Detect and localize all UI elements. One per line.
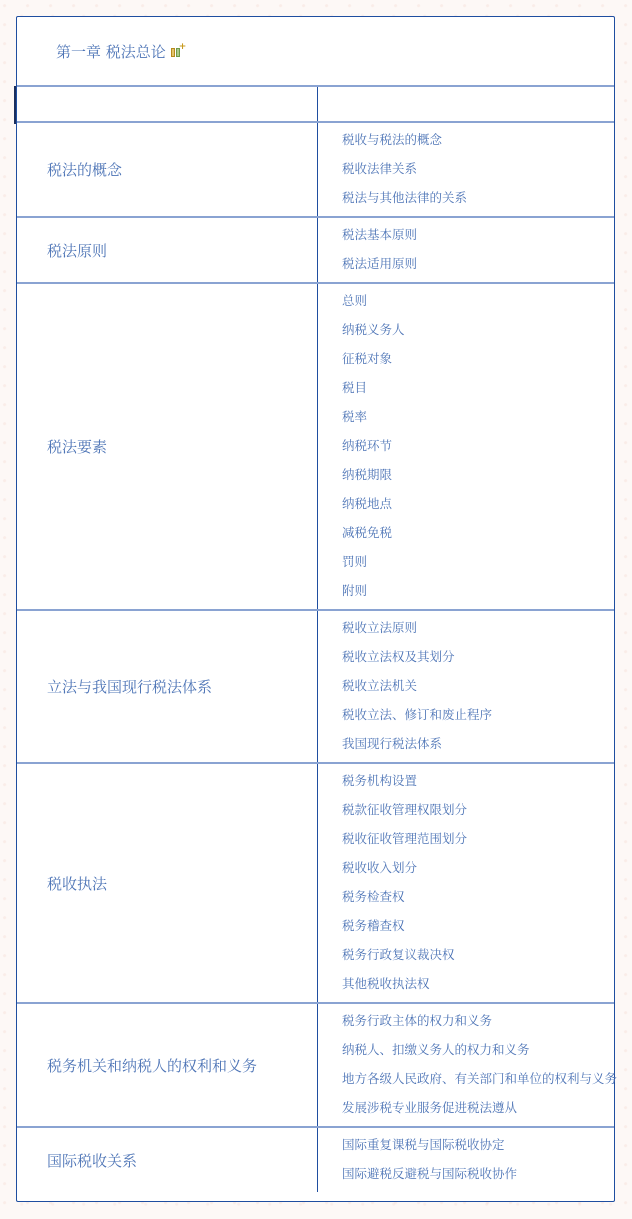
topic-link[interactable]: 税收立法权及其划分: [342, 642, 614, 671]
section-title[interactable]: 国际税收关系: [17, 1127, 318, 1192]
topic-link[interactable]: 税务检查权: [342, 882, 614, 911]
header-cell-section: [17, 86, 318, 122]
topic-link[interactable]: 税务稽查权: [342, 911, 614, 940]
topic-link[interactable]: 税率: [342, 402, 614, 431]
section-title[interactable]: 税法要素: [17, 283, 318, 610]
chapter-header: 第一章 税法总论 +: [17, 17, 614, 85]
topic-link[interactable]: 税法适用原则: [342, 249, 614, 278]
table-row: 税法原则税法基本原则税法适用原则: [17, 217, 614, 283]
topic-link[interactable]: 税收征收管理范围划分: [342, 824, 614, 853]
table-row: 立法与我国现行税法体系税收立法原则税收立法权及其划分税收立法机关税收立法、修订和…: [17, 610, 614, 763]
topic-link[interactable]: 税款征收管理权限划分: [342, 795, 614, 824]
topic-link[interactable]: 税务行政复议裁决权: [342, 940, 614, 969]
topic-link[interactable]: 税收与税法的概念: [342, 125, 614, 154]
topic-link[interactable]: 税务机构设置: [342, 766, 614, 795]
outline-table: 税法的概念税收与税法的概念税收法律关系税法与其他法律的关系税法原则税法基本原则税…: [17, 85, 614, 1192]
topic-list: 税务机构设置税款征收管理权限划分税收征收管理范围划分税收收入划分税务检查权税务稽…: [318, 763, 615, 1003]
topic-list: 税务行政主体的权力和义务纳税人、扣缴义务人的权力和义务地方各级人民政府、有关部门…: [318, 1003, 615, 1127]
table-row: 国际税收关系国际重复课税与国际税收协定国际避税反避税与国际税收协作: [17, 1127, 614, 1192]
table-row: 税收执法税务机构设置税款征收管理权限划分税收征收管理范围划分税收收入划分税务检查…: [17, 763, 614, 1003]
section-title[interactable]: 税法的概念: [17, 122, 318, 217]
topic-list: 税法基本原则税法适用原则: [318, 217, 615, 283]
topic-list: 税收与税法的概念税收法律关系税法与其他法律的关系: [318, 122, 615, 217]
topic-link[interactable]: 发展涉税专业服务促进税法遵从: [342, 1093, 614, 1122]
topic-link[interactable]: 国际避税反避税与国际税收协作: [342, 1159, 614, 1188]
topic-link[interactable]: 税收立法、修订和废止程序: [342, 700, 614, 729]
topic-link[interactable]: 税收立法机关: [342, 671, 614, 700]
topic-link[interactable]: 纳税人、扣缴义务人的权力和义务: [342, 1035, 614, 1064]
section-title[interactable]: 税收执法: [17, 763, 318, 1003]
topic-link[interactable]: 税法基本原则: [342, 220, 614, 249]
topic-link[interactable]: 总则: [342, 286, 614, 315]
table-row: 税法要素总则纳税义务人征税对象税目税率纳税环节纳税期限纳税地点减税免税罚则附则: [17, 283, 614, 610]
topic-link[interactable]: 国际重复课税与国际税收协定: [342, 1130, 614, 1159]
topic-link[interactable]: 税收立法原则: [342, 613, 614, 642]
section-title[interactable]: 税法原则: [17, 217, 318, 283]
topic-list: 总则纳税义务人征税对象税目税率纳税环节纳税期限纳税地点减税免税罚则附则: [318, 283, 615, 610]
topic-link[interactable]: 税目: [342, 373, 614, 402]
topic-link[interactable]: 税收法律关系: [342, 154, 614, 183]
topic-link[interactable]: 纳税期限: [342, 460, 614, 489]
header-cell-topics: [318, 86, 615, 122]
topic-link[interactable]: 减税免税: [342, 518, 614, 547]
topic-link[interactable]: 我国现行税法体系: [342, 729, 614, 758]
topic-link[interactable]: 罚则: [342, 547, 614, 576]
topic-list: 国际重复课税与国际税收协定国际避税反避税与国际税收协作: [318, 1127, 615, 1192]
table-header-row: [17, 86, 614, 122]
topic-list: 税收立法原则税收立法权及其划分税收立法机关税收立法、修订和废止程序我国现行税法体…: [318, 610, 615, 763]
chapter-title: 第一章 税法总论: [56, 41, 166, 62]
topic-link[interactable]: 纳税环节: [342, 431, 614, 460]
topic-link[interactable]: 征税对象: [342, 344, 614, 373]
table-row: 税法的概念税收与税法的概念税收法律关系税法与其他法律的关系: [17, 122, 614, 217]
section-title[interactable]: 税务机关和纳税人的权利和义务: [17, 1003, 318, 1127]
topic-link[interactable]: 纳税义务人: [342, 315, 614, 344]
table-row: 税务机关和纳税人的权利和义务税务行政主体的权力和义务纳税人、扣缴义务人的权力和义…: [17, 1003, 614, 1127]
section-title[interactable]: 立法与我国现行税法体系: [17, 610, 318, 763]
topic-link[interactable]: 税务行政主体的权力和义务: [342, 1006, 614, 1035]
topic-link[interactable]: 纳税地点: [342, 489, 614, 518]
topic-link[interactable]: 税收收入划分: [342, 853, 614, 882]
topic-link[interactable]: 地方各级人民政府、有关部门和单位的权利与义务: [342, 1064, 614, 1093]
chapter-outline-panel: 第一章 税法总论 + 税法的概念税收与税法的概念税收法律关系税法与其他法律的关系…: [16, 16, 615, 1202]
chart-plus-icon[interactable]: +: [171, 44, 185, 58]
topic-link[interactable]: 税法与其他法律的关系: [342, 183, 614, 212]
topic-link[interactable]: 其他税收执法权: [342, 969, 614, 998]
topic-link[interactable]: 附则: [342, 576, 614, 605]
